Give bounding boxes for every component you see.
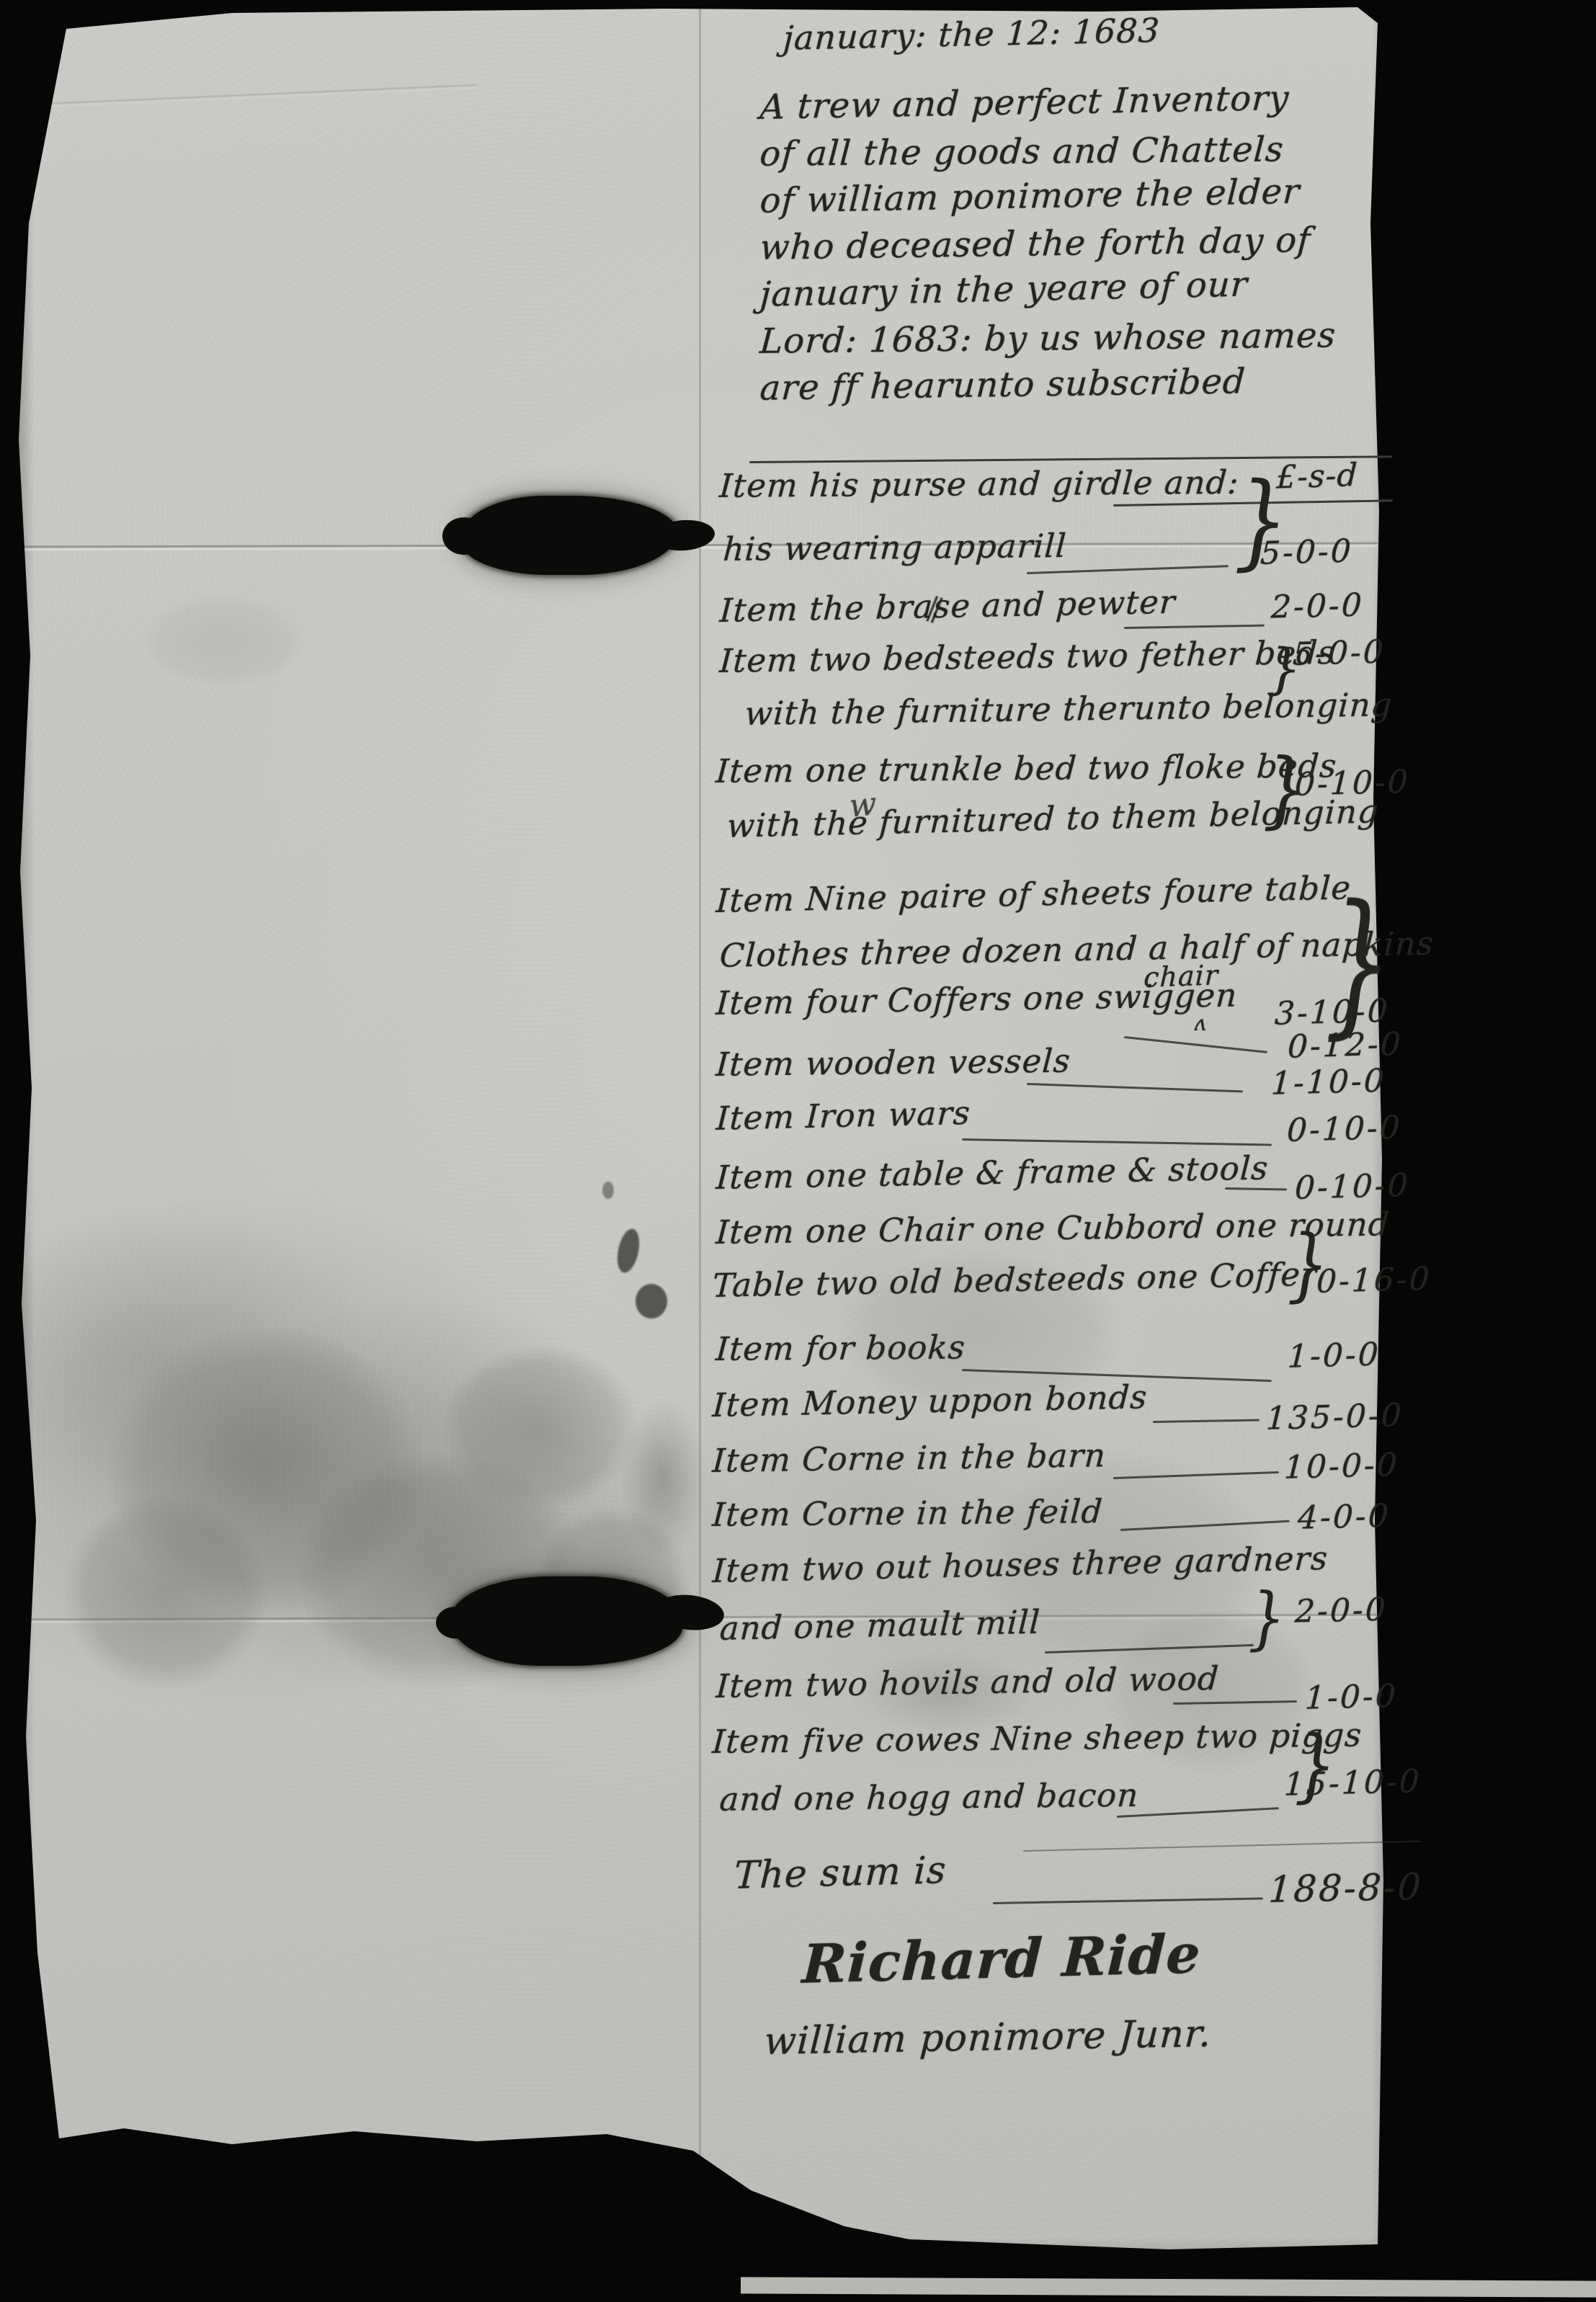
item-2-line-1: Item the brase and pewter <box>719 586 1177 627</box>
ink-blot-hole-upper <box>461 496 677 575</box>
item-15-amount: 2-0-0 <box>1294 1594 1388 1628</box>
ink-drip <box>636 1284 667 1319</box>
sum-amount: 188-8-0 <box>1267 1869 1423 1908</box>
item-16-amount: 1-0-0 <box>1304 1681 1399 1715</box>
fold-crease-vertical <box>699 7 701 2266</box>
preamble-line-2: of all the goods and Chattels <box>759 133 1285 171</box>
curly-brace-flourish: } <box>1234 470 1288 574</box>
item-15-line-2: and one mault mill <box>719 1606 1041 1645</box>
paper-bottom-edge-shadow <box>16 2237 1394 2266</box>
insertion-mark: w <box>849 788 878 823</box>
item-8-line-1: Item Iron wars <box>715 1097 971 1135</box>
scanned-manuscript: { "document": { "kind": "handwritten pro… <box>0 0 1596 2302</box>
ink-drip <box>602 1182 614 1199</box>
curly-brace-flourish: } <box>1248 1585 1285 1653</box>
item-9-amount: 0-10-0 <box>1294 1170 1411 1205</box>
curly-brace-flourish: } <box>1262 748 1309 831</box>
item-1-line-1: Item his purse and girdle and: <box>718 466 1240 502</box>
item-7-amount: 1-10-0 <box>1270 1066 1387 1100</box>
item-1-line-2: his wearing apparill <box>722 530 1067 566</box>
interlinear-insert-chair: chair <box>1143 961 1219 991</box>
item-9-line-1: Item one table & frame & stools <box>715 1152 1270 1194</box>
item-11-line-1: Item for books <box>715 1331 966 1365</box>
ink-smudge <box>620 1398 706 1556</box>
ink-blot-hole-lower <box>450 1576 682 1666</box>
item-16-line-1: Item two hovils and old wood <box>715 1662 1221 1703</box>
item-2-amount: 2-0-0 <box>1270 590 1365 624</box>
damp-stain <box>22 1455 310 1729</box>
caret-mark: ʌ <box>1193 1013 1208 1035</box>
date-line: january: the 12: 1683 <box>783 14 1161 55</box>
curly-brace-flourish: } <box>1324 885 1393 1042</box>
item-8-amount: 0-10-0 <box>1286 1112 1403 1147</box>
paper-sliver-bottom <box>741 2277 1596 2297</box>
item-7-line-1: Item wooden vessels <box>715 1045 1071 1081</box>
curly-brace-flourish: } <box>1294 1726 1337 1805</box>
fold-crease-top-left <box>30 84 477 105</box>
paper-left-edge-shadow <box>16 7 35 2266</box>
item-12-amount: 135-0-0 <box>1265 1400 1404 1435</box>
preamble-line-3: of william ponimore the elder <box>759 174 1301 218</box>
signature-william-ponimore: william ponimore Junr. <box>763 2015 1213 2061</box>
item-4-line-1: Item one trunkle bed two floke beds <box>715 749 1338 788</box>
damp-stain <box>108 576 339 706</box>
item-3-amount: 5-0-0 <box>1292 637 1386 671</box>
item-6-amount: 0-12-0 <box>1287 1029 1404 1063</box>
item-10-amount: 0-16-0 <box>1316 1264 1432 1298</box>
item-14-amount: 4-0-0 <box>1297 1501 1391 1535</box>
item-17-line-1: Item five cowes Nine sheep two piggs <box>711 1719 1363 1758</box>
preamble-line-7: are ff hearunto subscribed <box>759 365 1247 406</box>
preamble-line-5: january in the yeare of our <box>759 267 1249 312</box>
curly-brace-flourish: } <box>1287 1225 1329 1304</box>
item-3-line-1: Item two bedsteeds two fether beds <box>718 636 1336 677</box>
item-14-line-1: Item Corne in the feild <box>711 1495 1104 1531</box>
preamble-line-1: A trew and perfect Inventory <box>759 81 1290 125</box>
item-12-line-1: Item Money uppon bonds <box>712 1380 1149 1422</box>
sum-label: The sum is <box>734 1852 948 1895</box>
preamble-line-4: who deceased the forth day of <box>759 223 1311 265</box>
item-13-amount: 10-0-0 <box>1283 1450 1400 1484</box>
curly-brace-flourish: } <box>1267 641 1301 696</box>
preamble-line-6: Lord: 1683: by us whose names <box>759 318 1337 359</box>
signature-appraiser: Richard Ride <box>801 1928 1202 1992</box>
item-17-line-2: and one hogg and bacon <box>718 1779 1139 1816</box>
item-11-amount: 1-0-0 <box>1287 1339 1381 1373</box>
item-13-line-1: Item Corne in the barn <box>711 1439 1107 1477</box>
item-4-amount: 0-10-0 <box>1294 767 1411 801</box>
